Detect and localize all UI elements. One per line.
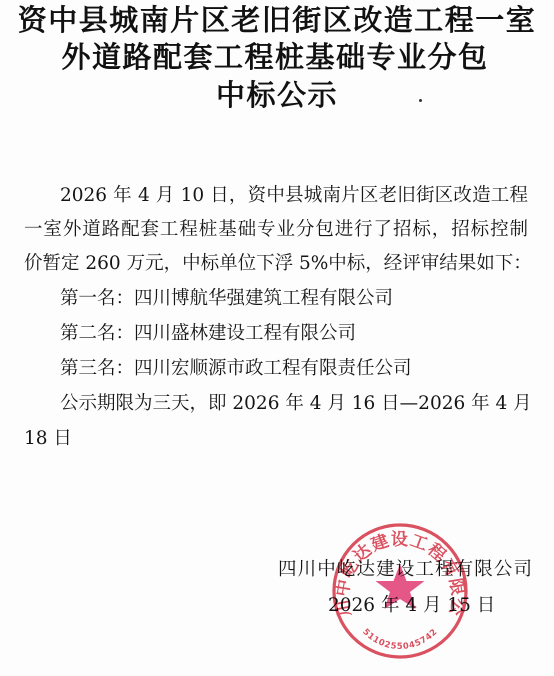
title-line-1: 资中县城南片区老旧街区改造工程一室 bbox=[0, 2, 554, 38]
title-line-2: 外道路配套工程桩基础专业分包 bbox=[0, 39, 552, 75]
ranking-third: 第三名：四川宏顺源市政工程有限责任公司 bbox=[60, 356, 412, 382]
seal-star-icon bbox=[376, 564, 425, 609]
scan-speck bbox=[419, 99, 422, 102]
official-seal-stamp: 四川中屹达建设工程有限公司 5110255045742 bbox=[330, 521, 470, 661]
ranking-company: 四川盛林建设工程有限公司 bbox=[134, 323, 356, 344]
publicity-period-line-1: 公示期限为三天，即 2026 年 4 月 16 日—2026 年 4 月 bbox=[60, 391, 528, 417]
ranking-label: 第三名： bbox=[60, 358, 134, 379]
ranking-label: 第二名： bbox=[60, 323, 134, 344]
paragraph-line-2: 一室外道路配套工程桩基础专业分包进行了招标，招标控制 bbox=[24, 217, 528, 243]
ranking-label: 第一名： bbox=[60, 288, 134, 309]
ranking-company: 四川博航华强建筑工程有限公司 bbox=[134, 288, 393, 309]
paragraph-line-3: 价暂定 260 万元，中标单位下浮 5%中标，经评审结果如下： bbox=[24, 251, 528, 277]
title-line-3: 中标公示 bbox=[0, 77, 554, 113]
ranking-first: 第一名：四川博航华强建筑工程有限公司 bbox=[60, 286, 393, 312]
paragraph-line-1: 2026 年 4 月 10 日，资中县城南片区老旧街区改造工程 bbox=[60, 183, 528, 209]
ranking-second: 第二名：四川盛林建设工程有限公司 bbox=[60, 321, 356, 347]
publicity-period-line-2: 18 日 bbox=[24, 426, 72, 452]
ranking-company: 四川宏顺源市政工程有限责任公司 bbox=[134, 358, 412, 379]
seal-code: 5110255045742 bbox=[360, 627, 440, 652]
